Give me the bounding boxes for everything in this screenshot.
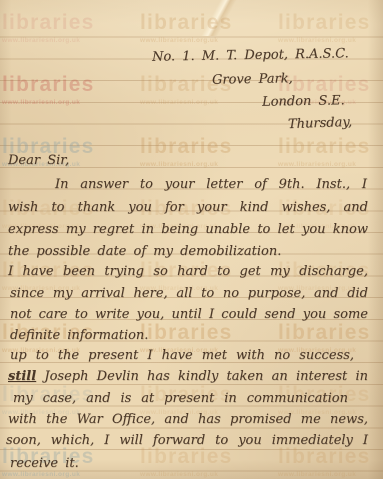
watermark-tile: librarieswww.librariesni.org.uk bbox=[2, 12, 95, 44]
heading-line-day: Thursday, bbox=[288, 114, 353, 133]
body-line: wish to thank you for your kind wishes, … bbox=[8, 199, 368, 216]
salutation: Dear Sir, bbox=[8, 152, 69, 169]
body-line: not care to write you, until I could sen… bbox=[10, 306, 368, 323]
body-line: still Joseph Devlin has kindly taken an … bbox=[8, 368, 368, 385]
heading-line-district: Grove Park, bbox=[212, 70, 293, 88]
watermark-tile: librarieswww.librariesni.org.uk bbox=[2, 74, 95, 106]
watermark-word: libraries bbox=[2, 12, 95, 33]
watermark-tile: librarieswww.librariesni.org.uk bbox=[140, 12, 233, 44]
body-line: I have been trying so hard to get my dis… bbox=[8, 263, 368, 280]
watermark-tile: librarieswww.librariesni.org.uk bbox=[278, 12, 371, 44]
watermark-layer: librarieswww.librariesni.org.uklibraries… bbox=[0, 0, 383, 479]
watermark-url: www.librariesni.org.uk bbox=[278, 471, 356, 478]
watermark-tile: librarieswww.librariesni.org.uk bbox=[140, 136, 233, 168]
watermark-word: libraries bbox=[278, 322, 371, 343]
body-line-text: Joseph Devlin has kindly taken an intere… bbox=[44, 369, 368, 384]
body-line: with the War Office, and has promised me… bbox=[8, 411, 368, 428]
body-line: In answer to your letter of 9th. Inst., … bbox=[55, 176, 367, 193]
body-line: my case, and is at present in communicat… bbox=[13, 390, 348, 407]
watermark-tile: librarieswww.librariesni.org.uk bbox=[278, 446, 371, 478]
watermark-url: www.librariesni.org.uk bbox=[2, 99, 80, 106]
watermark-word: libraries bbox=[140, 136, 233, 157]
watermark-url: www.librariesni.org.uk bbox=[278, 161, 356, 168]
watermark-url: www.librariesni.org.uk bbox=[140, 161, 218, 168]
watermark-url: www.librariesni.org.uk bbox=[2, 37, 80, 44]
watermark-url: www.librariesni.org.uk bbox=[278, 37, 356, 44]
body-line: the possible date of my demobilization. bbox=[8, 243, 281, 260]
paper-crease bbox=[176, 0, 260, 36]
body-line: definite information. bbox=[10, 327, 148, 344]
watermark-url: www.librariesni.org.uk bbox=[140, 37, 218, 44]
watermark-tile: librarieswww.librariesni.org.uk bbox=[278, 136, 371, 168]
watermark-word: libraries bbox=[140, 446, 233, 467]
watermark-word: libraries bbox=[278, 136, 371, 157]
body-line: up to the present I have met with no suc… bbox=[10, 347, 354, 364]
watermark-tile: librarieswww.librariesni.org.uk bbox=[140, 446, 233, 478]
watermark-word: libraries bbox=[278, 12, 371, 33]
heading-line-address: No. 1. M. T. Depot, R.A.S.C. bbox=[152, 45, 349, 65]
watermark-url: www.librariesni.org.uk bbox=[140, 471, 218, 478]
watermark-word: libraries bbox=[140, 322, 233, 343]
watermark-url: www.librariesni.org.uk bbox=[140, 99, 218, 106]
letter-page: librarieswww.librariesni.org.uklibraries… bbox=[0, 0, 383, 479]
watermark-url: www.librariesni.org.uk bbox=[2, 471, 80, 478]
watermark-word: libraries bbox=[140, 12, 233, 33]
watermark-word: libraries bbox=[2, 74, 95, 95]
heading-line-city: London S.E. bbox=[262, 92, 345, 110]
body-line: soon, which, I will forward to you immed… bbox=[6, 432, 368, 449]
underlined-word: still bbox=[8, 369, 36, 384]
watermark-word: libraries bbox=[278, 446, 371, 467]
body-line: receive it. bbox=[10, 455, 79, 472]
body-line: express my regret in being unable to let… bbox=[8, 221, 368, 238]
body-line: since my arrival here, all to no purpose… bbox=[10, 285, 368, 302]
